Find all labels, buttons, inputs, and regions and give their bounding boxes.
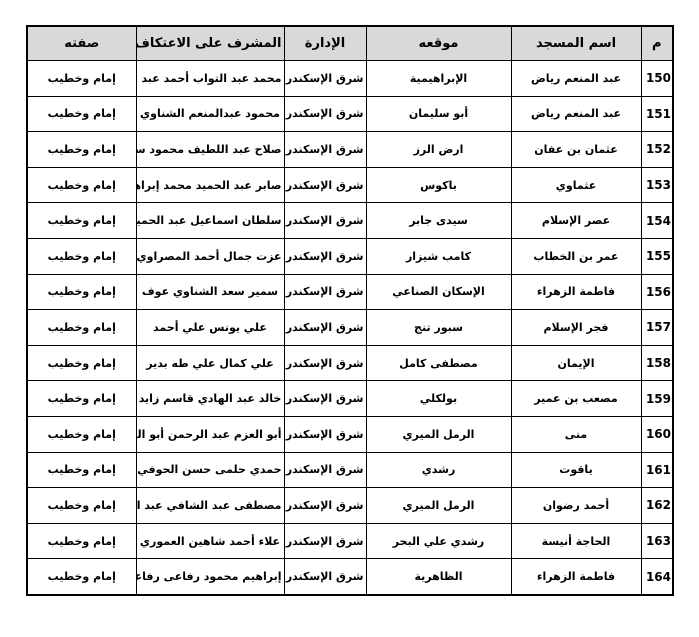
- cell-location: كامب شيزار: [366, 238, 511, 274]
- cell-mosque: فاطمة الزهراء: [511, 274, 641, 310]
- header-admin: الإدارة: [284, 26, 366, 61]
- cell-serial: 161: [641, 452, 673, 488]
- cell-location: الإسكان الصناعي: [366, 274, 511, 310]
- cell-serial: 150: [641, 61, 673, 97]
- cell-mosque: عثماوي: [511, 167, 641, 203]
- cell-mosque: أحمد رضوان: [511, 488, 641, 524]
- cell-supervisor: خالد عبد الهادي قاسم زايد: [136, 381, 284, 417]
- cell-supervisor: صلاح عبد اللطيف محمود سالم: [136, 132, 284, 168]
- header-row: م اسم المسجد موقعه الإدارة المشرف على ال…: [27, 26, 673, 61]
- cell-serial: 164: [641, 559, 673, 595]
- table-row: 150 عبد المنعم رياض الإبراهيمية شرق الإس…: [27, 61, 673, 97]
- cell-serial: 151: [641, 96, 673, 132]
- cell-role: إمام وخطيب: [27, 416, 136, 452]
- cell-location: الرمل الميري: [366, 416, 511, 452]
- cell-admin: شرق الإسكندرية: [284, 96, 366, 132]
- header-location: موقعه: [366, 26, 511, 61]
- cell-mosque: الحاجة أنيسة: [511, 523, 641, 559]
- cell-admin: شرق الإسكندرية: [284, 416, 366, 452]
- cell-location: باكوس: [366, 167, 511, 203]
- cell-serial: 158: [641, 345, 673, 381]
- table-row: 151 عبد المنعم رياض أبو سليمان شرق الإسك…: [27, 96, 673, 132]
- cell-location: بولكلي: [366, 381, 511, 417]
- cell-role: إمام وخطيب: [27, 452, 136, 488]
- cell-mosque: عمر بن الخطاب: [511, 238, 641, 274]
- cell-supervisor: أبو العزم عبد الرحمن أبو العزم: [136, 416, 284, 452]
- cell-admin: شرق الإسكندرية: [284, 61, 366, 97]
- header-supervisor: المشرف على الاعتكاف: [136, 26, 284, 61]
- cell-role: إمام وخطيب: [27, 203, 136, 239]
- cell-admin: شرق الإسكندرية: [284, 238, 366, 274]
- cell-serial: 154: [641, 203, 673, 239]
- cell-admin: شرق الإسكندرية: [284, 310, 366, 346]
- table-row: 152 عثمان بن عفان ارض الرز شرق الإسكندري…: [27, 132, 673, 168]
- table-row: 153 عثماوي باكوس شرق الإسكندرية صابر عبد…: [27, 167, 673, 203]
- cell-location: ارض الرز: [366, 132, 511, 168]
- cell-admin: شرق الإسكندرية: [284, 132, 366, 168]
- cell-role: إمام وخطيب: [27, 96, 136, 132]
- cell-mosque: فاطمة الزهراء: [511, 559, 641, 595]
- cell-mosque: عبد المنعم رياض: [511, 61, 641, 97]
- cell-role: إمام وخطيب: [27, 167, 136, 203]
- cell-supervisor: مصطفى عبد الشافي عبد الفتاح: [136, 488, 284, 524]
- mosques-table: م اسم المسجد موقعه الإدارة المشرف على ال…: [26, 25, 674, 596]
- cell-supervisor: محمد عبد التواب أحمد عبد الرازق: [136, 61, 284, 97]
- cell-role: إمام وخطيب: [27, 310, 136, 346]
- table-row: 154 عصر الإسلام سيدى جابر شرق الإسكندرية…: [27, 203, 673, 239]
- cell-admin: شرق الإسكندرية: [284, 345, 366, 381]
- table-row: 158 الإيمان مصطفى كامل شرق الإسكندرية عل…: [27, 345, 673, 381]
- table-header: م اسم المسجد موقعه الإدارة المشرف على ال…: [27, 26, 673, 61]
- cell-role: إمام وخطيب: [27, 274, 136, 310]
- cell-role: إمام وخطيب: [27, 238, 136, 274]
- header-serial: م: [641, 26, 673, 61]
- cell-mosque: عثمان بن عفان: [511, 132, 641, 168]
- header-role: صفته: [27, 26, 136, 61]
- cell-admin: شرق الإسكندرية: [284, 452, 366, 488]
- cell-supervisor: محمود عبدالمنعم الشناوي: [136, 96, 284, 132]
- cell-location: سبور تنج: [366, 310, 511, 346]
- cell-location: الظاهرية: [366, 559, 511, 595]
- header-mosque: اسم المسجد: [511, 26, 641, 61]
- cell-serial: 155: [641, 238, 673, 274]
- cell-supervisor: إبراهيم محمود رفاعى رفاعي: [136, 559, 284, 595]
- table-row: 163 الحاجة أنيسة رشدي علي البحر شرق الإس…: [27, 523, 673, 559]
- table-row: 161 ياقوت رشدي شرق الإسكندرية حمدي حلمى …: [27, 452, 673, 488]
- cell-admin: شرق الإسكندرية: [284, 381, 366, 417]
- cell-mosque: منى: [511, 416, 641, 452]
- cell-supervisor: صابر عبد الحميد محمد إبراهيم: [136, 167, 284, 203]
- cell-role: إمام وخطيب: [27, 488, 136, 524]
- cell-admin: شرق الإسكندرية: [284, 274, 366, 310]
- cell-role: إمام وخطيب: [27, 523, 136, 559]
- cell-admin: شرق الإسكندرية: [284, 523, 366, 559]
- cell-serial: 160: [641, 416, 673, 452]
- cell-role: إمام وخطيب: [27, 61, 136, 97]
- table-body: 150 عبد المنعم رياض الإبراهيمية شرق الإس…: [27, 61, 673, 595]
- cell-serial: 152: [641, 132, 673, 168]
- table-row: 155 عمر بن الخطاب كامب شيزار شرق الإسكند…: [27, 238, 673, 274]
- cell-supervisor: عزت جمال أحمد المصراوي: [136, 238, 284, 274]
- table-row: 160 منى الرمل الميري شرق الإسكندرية أبو …: [27, 416, 673, 452]
- cell-location: الرمل الميري: [366, 488, 511, 524]
- cell-mosque: الإيمان: [511, 345, 641, 381]
- cell-supervisor: سلطان اسماعيل عبد الحميد: [136, 203, 284, 239]
- cell-admin: شرق الإسكندرية: [284, 488, 366, 524]
- cell-mosque: ياقوت: [511, 452, 641, 488]
- cell-location: رشدي: [366, 452, 511, 488]
- table-row: 159 مصعب بن عمير بولكلي شرق الإسكندرية خ…: [27, 381, 673, 417]
- cell-location: رشدي علي البحر: [366, 523, 511, 559]
- cell-serial: 159: [641, 381, 673, 417]
- cell-supervisor: علي يونس علي أحمد: [136, 310, 284, 346]
- cell-admin: شرق الإسكندرية: [284, 559, 366, 595]
- cell-serial: 156: [641, 274, 673, 310]
- cell-location: سيدى جابر: [366, 203, 511, 239]
- table-row: 162 أحمد رضوان الرمل الميري شرق الإسكندر…: [27, 488, 673, 524]
- cell-admin: شرق الإسكندرية: [284, 203, 366, 239]
- cell-serial: 163: [641, 523, 673, 559]
- document-sheet: م اسم المسجد موقعه الإدارة المشرف على ال…: [26, 25, 674, 596]
- cell-mosque: مصعب بن عمير: [511, 381, 641, 417]
- cell-serial: 162: [641, 488, 673, 524]
- cell-role: إمام وخطيب: [27, 381, 136, 417]
- cell-serial: 157: [641, 310, 673, 346]
- cell-mosque: فجر الإسلام: [511, 310, 641, 346]
- cell-supervisor: حمدي حلمى حسن الحوفي: [136, 452, 284, 488]
- cell-supervisor: علاء أحمد شاهين العموري: [136, 523, 284, 559]
- cell-location: الإبراهيمية: [366, 61, 511, 97]
- cell-role: إمام وخطيب: [27, 132, 136, 168]
- cell-supervisor: سمير سعد الشناوي عوف: [136, 274, 284, 310]
- cell-supervisor: علي كمال علي طه بدير: [136, 345, 284, 381]
- cell-serial: 153: [641, 167, 673, 203]
- cell-admin: شرق الإسكندرية: [284, 167, 366, 203]
- table-row: 157 فجر الإسلام سبور تنج شرق الإسكندرية …: [27, 310, 673, 346]
- cell-role: إمام وخطيب: [27, 345, 136, 381]
- table-row: 156 فاطمة الزهراء الإسكان الصناعي شرق ال…: [27, 274, 673, 310]
- table-row: 164 فاطمة الزهراء الظاهرية شرق الإسكندري…: [27, 559, 673, 595]
- cell-location: مصطفى كامل: [366, 345, 511, 381]
- cell-location: أبو سليمان: [366, 96, 511, 132]
- cell-mosque: عصر الإسلام: [511, 203, 641, 239]
- cell-role: إمام وخطيب: [27, 559, 136, 595]
- cell-mosque: عبد المنعم رياض: [511, 96, 641, 132]
